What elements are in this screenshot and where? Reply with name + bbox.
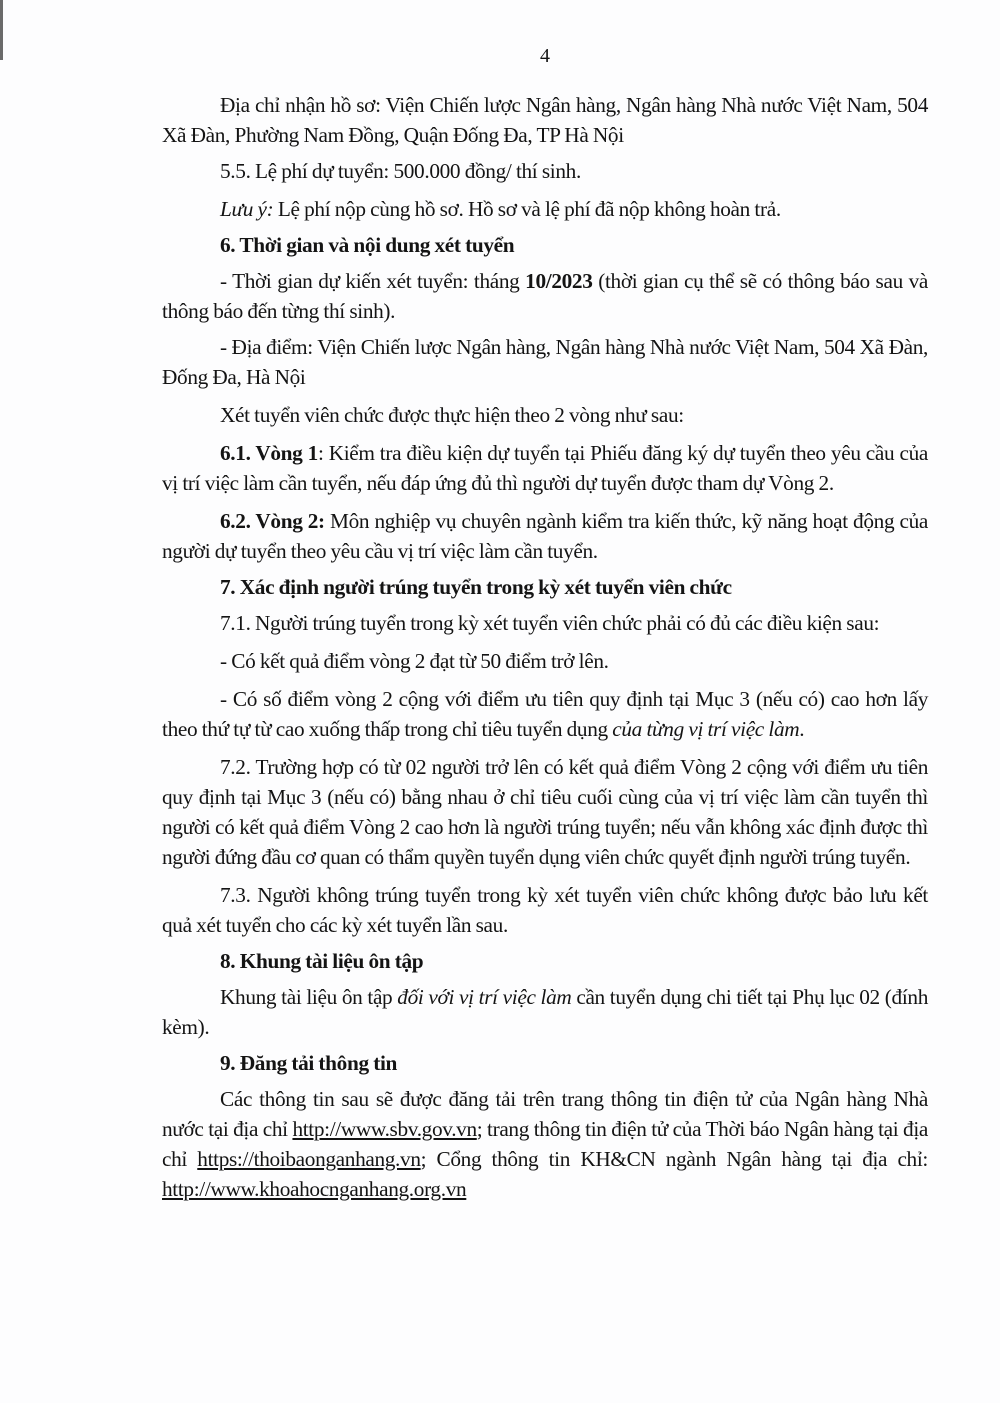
schedule-text: - Thời gian dự kiến xét tuyển: tháng bbox=[220, 269, 525, 293]
note-label: Lưu ý: bbox=[220, 197, 273, 221]
scan-edge bbox=[0, 0, 3, 60]
paragraph-application-fee: 5.5. Lệ phí dự tuyển: 500.000 đồng/ thí … bbox=[162, 156, 928, 186]
materials-text: Khung tài liệu ôn tập bbox=[220, 985, 397, 1009]
link-khoahocnganhang[interactable]: http://www.khoahocnganhang.org.vn bbox=[162, 1177, 466, 1201]
schedule-date: 10/2023 bbox=[525, 269, 592, 293]
ranking-end: . bbox=[799, 717, 804, 741]
paragraph-condition-ranking: - Có số điểm vòng 2 cộng với điểm ưu tiê… bbox=[162, 684, 928, 744]
paragraph-study-materials: Khung tài liệu ôn tập đối với vị trí việ… bbox=[162, 982, 928, 1042]
paragraph-schedule: - Thời gian dự kiến xét tuyển: tháng 10/… bbox=[162, 266, 928, 326]
publication-text-3: ; Cổng thông tin KH&CN ngành Ngân hàng t… bbox=[421, 1147, 928, 1171]
materials-italic: đối với vị trí việc làm bbox=[397, 985, 571, 1009]
heading-section-9: 9. Đăng tải thông tin bbox=[162, 1048, 928, 1078]
paragraph-round-1: 6.1. Vòng 1: Kiểm tra điều kiện dự tuyển… bbox=[162, 438, 928, 498]
link-thoibaonganhang[interactable]: https://thoibaonganhang.vn bbox=[197, 1147, 420, 1171]
paragraph-7-1: 7.1. Người trúng tuyển trong kỳ xét tuyể… bbox=[162, 608, 928, 638]
heading-section-6: 6. Thời gian và nội dung xét tuyển bbox=[162, 230, 928, 260]
paragraph-application-address: Địa chỉ nhận hồ sơ: Viện Chiến lược Ngân… bbox=[162, 90, 928, 150]
paragraph-7-3: 7.3. Người không trúng tuyển trong kỳ xé… bbox=[162, 880, 928, 940]
ranking-italic: của từng vị trí việc làm bbox=[612, 717, 799, 741]
paragraph-round-2: 6.2. Vòng 2: Môn nghiệp vụ chuyên ngành … bbox=[162, 506, 928, 566]
paragraph-publication: Các thông tin sau sẽ được đăng tải trên … bbox=[162, 1084, 928, 1204]
page-number: 4 bbox=[162, 44, 928, 68]
paragraph-fee-note: Lưu ý: Lệ phí nộp cùng hồ sơ. Hồ sơ và l… bbox=[162, 194, 928, 224]
paragraph-condition-score: - Có kết quả điểm vòng 2 đạt từ 50 điểm … bbox=[162, 646, 928, 676]
heading-section-7: 7. Xác định người trúng tuyển trong kỳ x… bbox=[162, 572, 928, 602]
paragraph-rounds-intro: Xét tuyển viên chức được thực hiện theo … bbox=[162, 400, 928, 430]
note-text: Lệ phí nộp cùng hồ sơ. Hồ sơ và lệ phí đ… bbox=[273, 197, 780, 221]
paragraph-7-2: 7.2. Trường hợp có từ 02 người trở lên c… bbox=[162, 752, 928, 872]
ranking-text: - Có số điểm vòng 2 cộng với điểm ưu tiê… bbox=[162, 687, 928, 741]
round-2-label: 6.2. Vòng 2: bbox=[220, 509, 325, 533]
round-1-label: 6.1. Vòng 1 bbox=[220, 441, 318, 465]
heading-section-8: 8. Khung tài liệu ôn tập bbox=[162, 946, 928, 976]
paragraph-location: - Địa điểm: Viện Chiến lược Ngân hàng, N… bbox=[162, 332, 928, 392]
document-body: Địa chỉ nhận hồ sơ: Viện Chiến lược Ngân… bbox=[162, 90, 928, 1210]
link-sbv[interactable]: http://www.sbv.gov.vn bbox=[292, 1117, 476, 1141]
